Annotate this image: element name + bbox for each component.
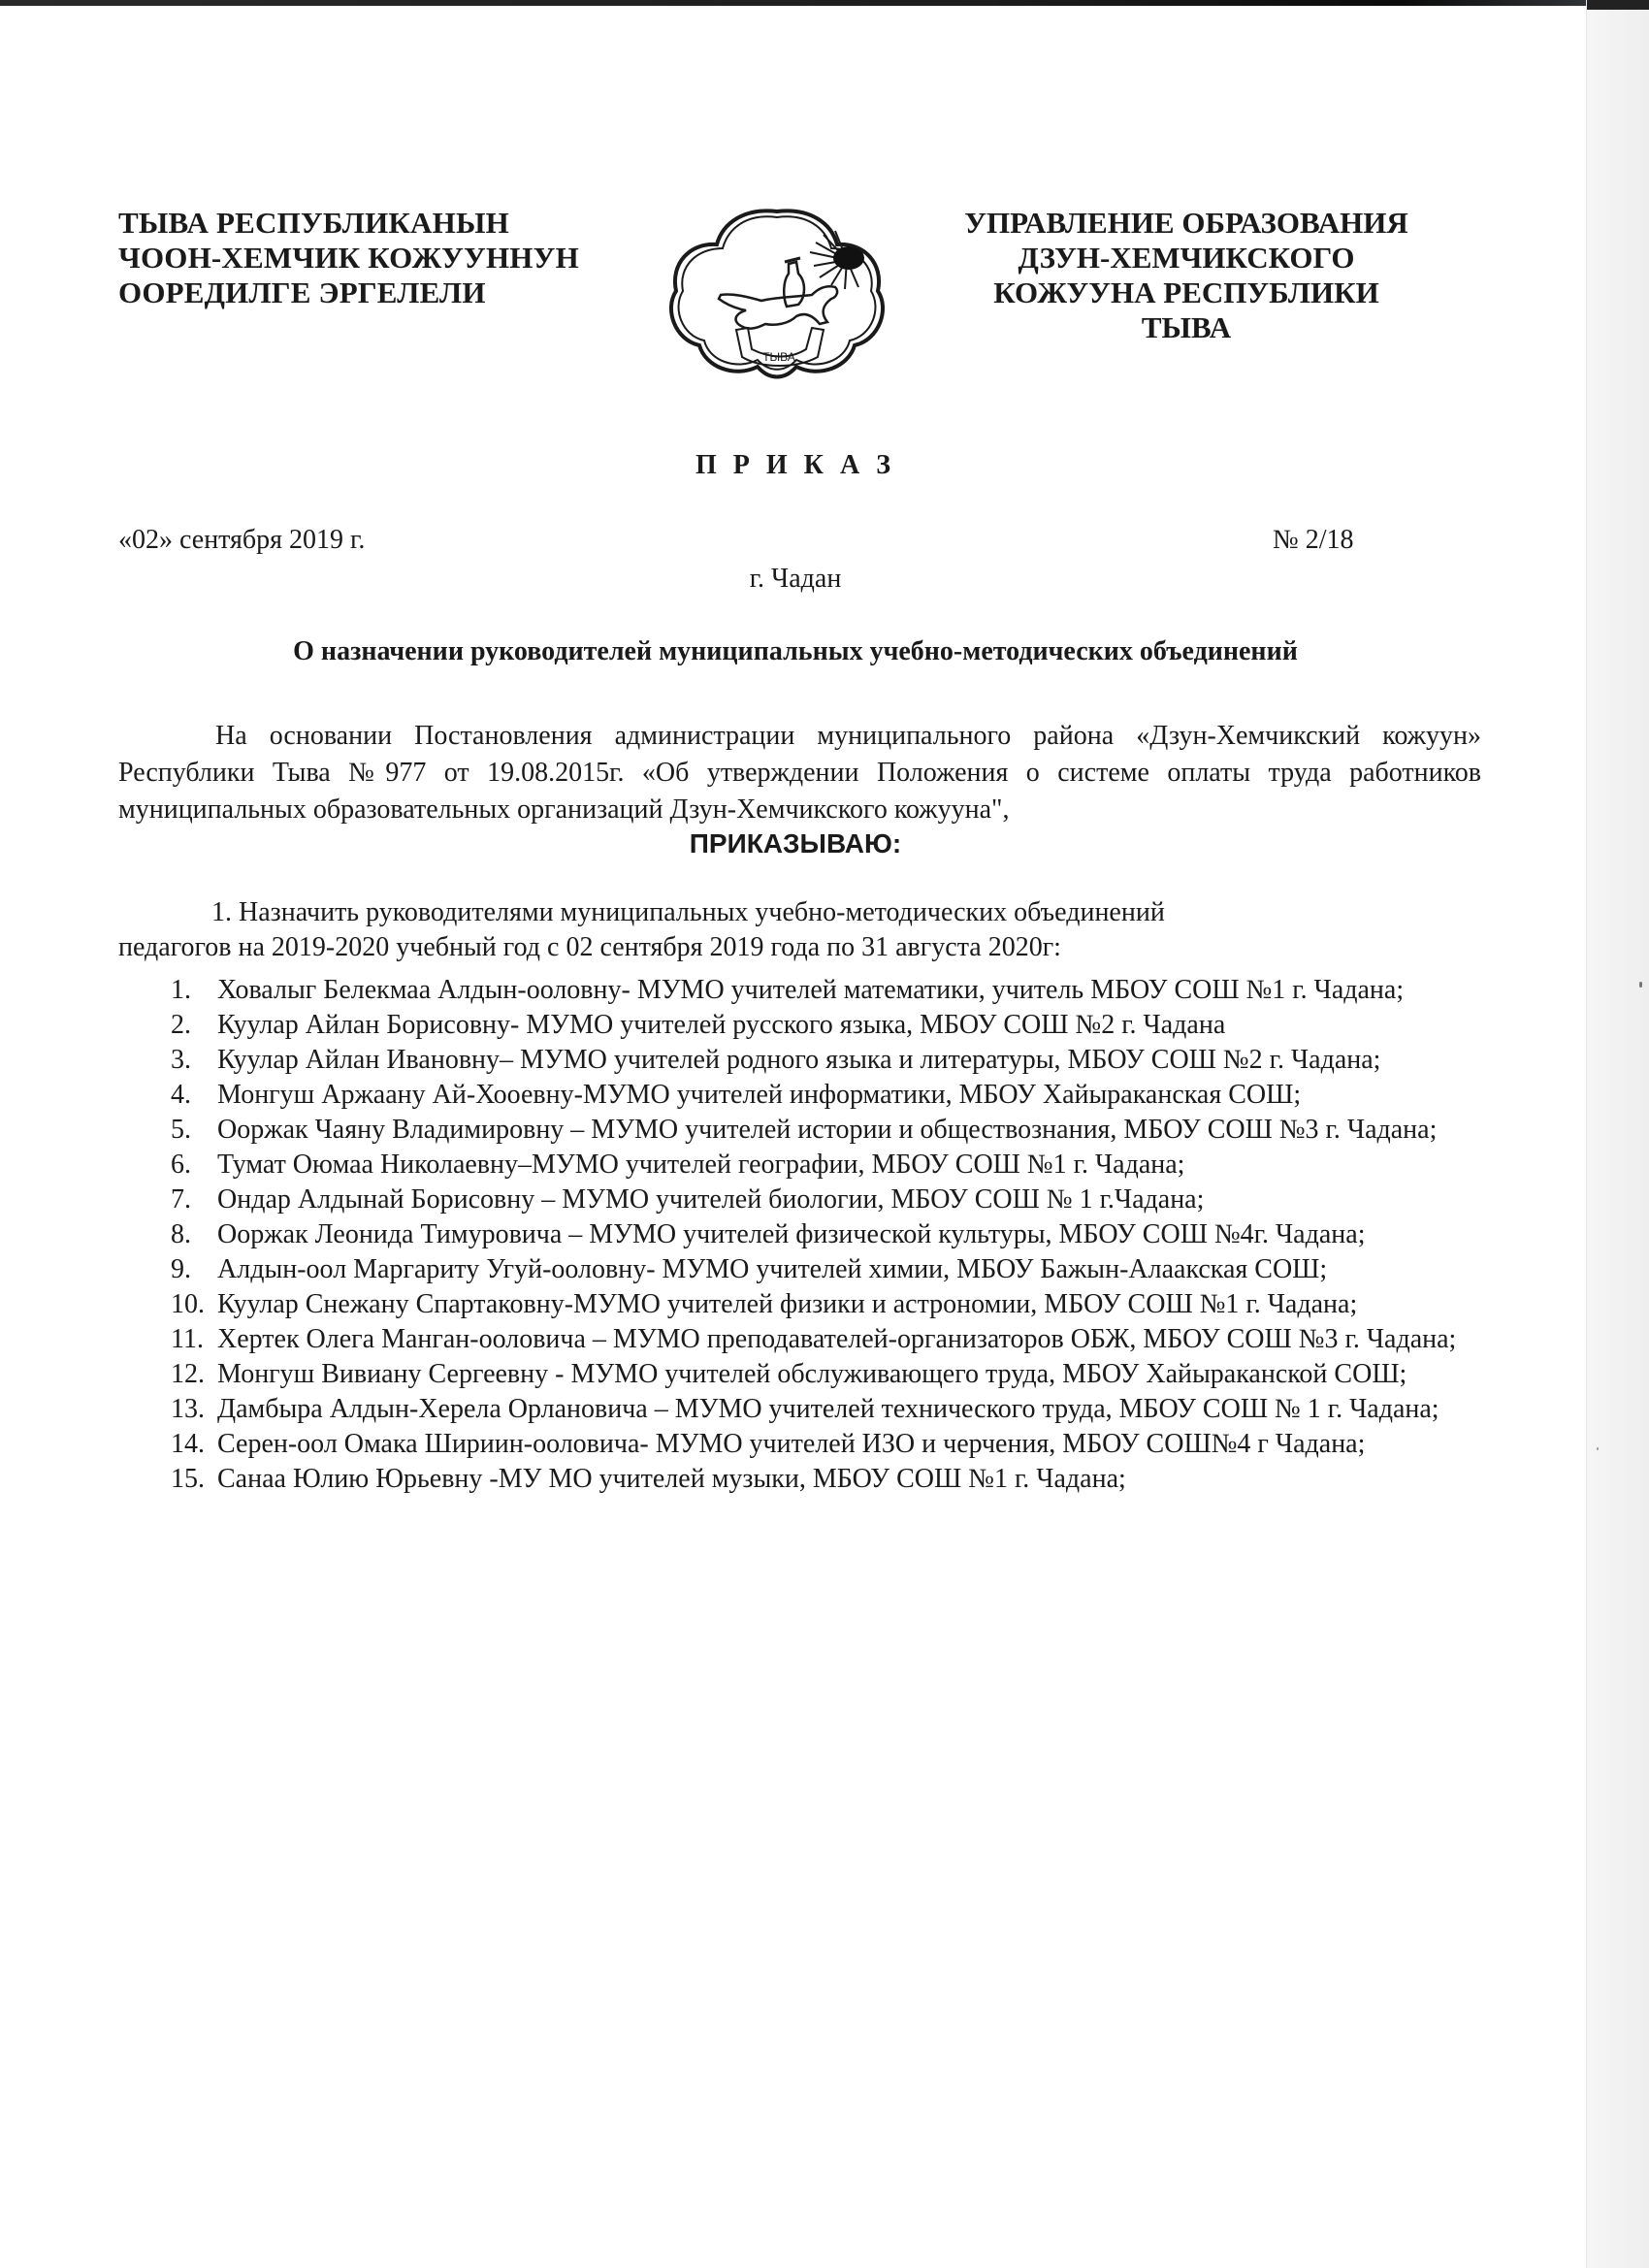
list-item-number: 3. bbox=[171, 1043, 213, 1078]
list-item-number: 7. bbox=[171, 1183, 213, 1217]
order-city: г. Чадан bbox=[0, 564, 1591, 595]
tuva-coat-of-arms-icon: ТЫВА bbox=[664, 204, 889, 380]
preamble-paragraph: На основании Постановления администрации… bbox=[118, 718, 1481, 828]
list-item: 2.Куулар Айлан Борисовну- МУМО учителей … bbox=[0, 1008, 1513, 1043]
list-item-number: 4. bbox=[171, 1078, 213, 1113]
list-item-text: Алдын-оол Маргариту Угуй-ооловну- МУМО у… bbox=[217, 1254, 1327, 1284]
header-right-line: ТЫВА bbox=[929, 310, 1443, 345]
scan-corner-shadow bbox=[1587, 0, 1649, 10]
header-left-line: ЧООН-ХЕМЧИК КОЖУУННУН bbox=[118, 241, 579, 275]
list-item: 15.Санаа Юлию Юрьевну -МУ МО учителей му… bbox=[0, 1462, 1513, 1497]
list-item-text: Куулар Айлан Борисовну- МУМО учителей ру… bbox=[217, 1010, 1225, 1040]
list-item: 7.Ондар Алдынай Борисовну – МУМО учителе… bbox=[0, 1183, 1513, 1217]
header-right-line: УПРАВЛЕНИЕ ОБРАЗОВАНИЯ bbox=[929, 206, 1443, 241]
list-item-number: 12. bbox=[171, 1357, 213, 1392]
list-item-text: Санаа Юлию Юрьевну -МУ МО учителей музык… bbox=[217, 1464, 1126, 1494]
list-item-text: Дамбыра Алдын-Херела Орлановича – МУМО у… bbox=[217, 1394, 1439, 1424]
list-item: 11.Хертек Олега Манган-ооловича – МУМО п… bbox=[0, 1322, 1513, 1357]
list-item: 9.Алдын-оол Маргариту Угуй-ооловну- МУМО… bbox=[0, 1252, 1513, 1287]
list-item-text: Куулар Снежану Спартаковну-МУМО учителей… bbox=[217, 1289, 1357, 1319]
list-item-number: 11. bbox=[171, 1322, 213, 1357]
list-item-text: Монгуш Аржаану Ай-Хооевну-МУМО учителей … bbox=[217, 1080, 1301, 1110]
scan-top-edge bbox=[0, 0, 1649, 6]
scan-speck bbox=[1597, 1447, 1599, 1450]
list-item: 6.Тумат Оюмаа Николаевну–МУМО учителей г… bbox=[0, 1148, 1513, 1183]
header-right-line: КОЖУУНА РЕСПУБЛИКИ bbox=[929, 275, 1443, 310]
header-russian-org-name: УПРАВЛЕНИЕ ОБРАЗОВАНИЯ ДЗУН-ХЕМЧИКСКОГО … bbox=[929, 206, 1443, 345]
list-item-text: Ооржак Чаяну Владимировну – МУМО учителе… bbox=[217, 1115, 1437, 1145]
order-date: «02» сентября 2019 г. bbox=[118, 525, 365, 556]
list-item-number: 13. bbox=[171, 1392, 213, 1427]
point-1-line-1: 1. Назначить руководителями муниципальны… bbox=[118, 895, 1408, 930]
list-item: 3.Куулар Айлан Ивановну– МУМО учителей р… bbox=[0, 1043, 1513, 1078]
list-item: 14.Серен-оол Омака Шириин-ооловича- МУМО… bbox=[0, 1427, 1513, 1462]
scan-speck bbox=[1639, 982, 1642, 988]
list-item-number: 15. bbox=[171, 1462, 213, 1497]
order-subject: О назначении руководителей муниципальных… bbox=[0, 636, 1591, 667]
svg-text:ТЫВА: ТЫВА bbox=[762, 350, 795, 364]
point-1-line-2: педагогов на 2019-2020 учебный год с 02 … bbox=[118, 932, 1061, 962]
list-item: 5.Ооржак Чаяну Владимировну – МУМО учите… bbox=[0, 1113, 1513, 1148]
list-item-number: 8. bbox=[171, 1217, 213, 1252]
list-item-number: 9. bbox=[171, 1252, 213, 1287]
list-item-number: 1. bbox=[171, 973, 213, 1008]
list-item-text: Серен-оол Омака Шириин-ооловича- МУМО уч… bbox=[217, 1429, 1365, 1459]
list-item-text: Тумат Оюмаа Николаевну–МУМО учителей гео… bbox=[217, 1150, 1184, 1180]
list-item-number: 5. bbox=[171, 1113, 213, 1148]
list-item: 10.Куулар Снежану Спартаковну-МУМО учите… bbox=[0, 1287, 1513, 1322]
point-1-paragraph: 1. Назначить руководителями муниципальны… bbox=[118, 895, 1408, 965]
list-item: 4.Монгуш Аржаану Ай-Хооевну-МУМО учителе… bbox=[0, 1078, 1513, 1113]
order-title: П Р И К А З bbox=[0, 450, 1591, 481]
list-item-text: Куулар Айлан Ивановну– МУМО учителей род… bbox=[217, 1045, 1380, 1075]
header-right-line: ДЗУН-ХЕМЧИКСКОГО bbox=[929, 241, 1443, 275]
list-item: 8.Ооржак Леонида Тимуровича – МУМО учите… bbox=[0, 1217, 1513, 1252]
list-item-text: Ондар Алдынай Борисовну – МУМО учителей … bbox=[217, 1184, 1204, 1215]
order-number: № 2/18 bbox=[1273, 525, 1354, 556]
list-item-text: Ооржак Леонида Тимуровича – МУМО учителе… bbox=[217, 1219, 1365, 1249]
header-tuvan-org-name: ТЫВА РЕСПУБЛИКАНЫН ЧООН-ХЕМЧИК КОЖУУННУН… bbox=[118, 206, 579, 310]
list-item-text: Хертек Олега Манган-ооловича – МУМО преп… bbox=[217, 1324, 1456, 1354]
list-item-number: 14. bbox=[171, 1427, 213, 1462]
header-left-line: ТЫВА РЕСПУБЛИКАНЫН bbox=[118, 206, 579, 241]
assignee-list: 1.Ховалыг Белекмаа Алдын-ооловну- МУМО у… bbox=[0, 973, 1513, 1497]
list-item: 13.Дамбыра Алдын-Херела Орлановича – МУМ… bbox=[0, 1392, 1513, 1427]
list-item: 12.Монгуш Вивиану Сергеевну - МУМО учите… bbox=[0, 1357, 1513, 1392]
header-left-line: ООРЕДИЛГЕ ЭРГЕЛЕЛИ bbox=[118, 275, 579, 310]
list-item-number: 2. bbox=[171, 1008, 213, 1043]
list-item-number: 10. bbox=[171, 1287, 213, 1322]
decree-heading: ПРИКАЗЫВАЮ: bbox=[0, 828, 1591, 859]
list-item: 1.Ховалыг Белекмаа Алдын-ооловну- МУМО у… bbox=[0, 973, 1513, 1008]
list-item-number: 6. bbox=[171, 1148, 213, 1183]
scan-right-edge bbox=[1586, 0, 1649, 2268]
list-item-text: Ховалыг Белекмаа Алдын-ооловну- МУМО учи… bbox=[217, 975, 1404, 1005]
list-item-text: Монгуш Вивиану Сергеевну - МУМО учителей… bbox=[217, 1359, 1406, 1389]
